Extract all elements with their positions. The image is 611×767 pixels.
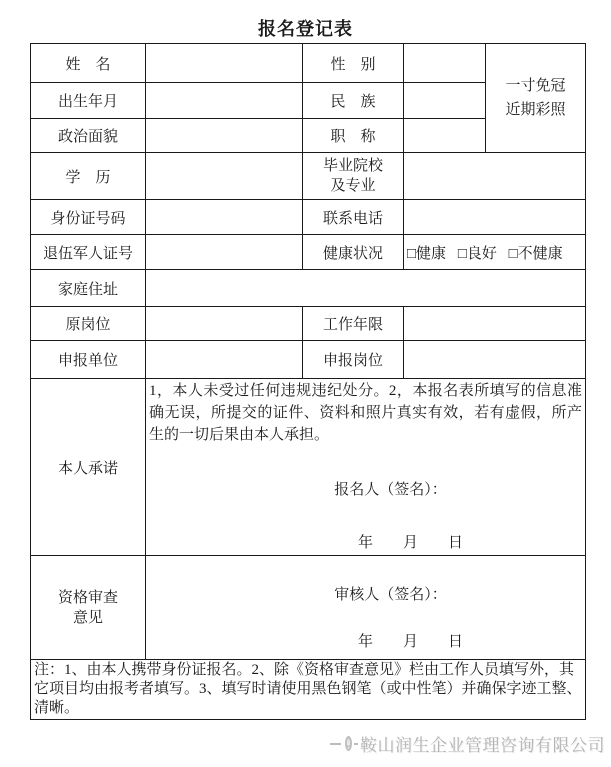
prof-title-input-cell[interactable]	[404, 119, 486, 153]
veteran-id-input-cell[interactable]	[146, 235, 303, 270]
company-logo-icon	[345, 736, 352, 751]
school-input-cell[interactable]	[404, 153, 586, 200]
table-row: 原岗位 工作年限	[31, 307, 586, 341]
field-label-prev-post: 原岗位	[31, 307, 146, 341]
gender-input-cell[interactable]	[404, 44, 486, 83]
applicant-signature-label: 报名人（签名）：	[149, 478, 582, 499]
table-row: 学 历 毕业院校 及专业	[31, 153, 586, 200]
company-watermark: 鞍山润生企业管理咨询有限公司	[330, 731, 605, 756]
field-label-gender: 性 别	[303, 44, 404, 83]
field-label-health: 健康状况	[303, 235, 404, 270]
health-option-good-checkbox[interactable]: □良好	[458, 246, 497, 262]
address-input-cell[interactable]	[146, 270, 586, 307]
name-input-cell[interactable]	[146, 44, 303, 83]
photo-placeholder: 一寸免冠 近期彩照	[486, 44, 586, 153]
commitment-cell: 1，本人未受过任何违规违纪处分。2，本报名表所填写的信息准确无误，所提交的证件、…	[146, 379, 586, 556]
registration-table: 姓 名 性 别 一寸免冠 近期彩照 出生年月 民 族 政治面貌 职 称 学 历 …	[30, 43, 586, 720]
ethnic-input-cell[interactable]	[404, 83, 486, 119]
field-label-review: 资格审查 意见	[31, 556, 146, 660]
table-row: 姓 名 性 别 一寸免冠 近期彩照	[31, 44, 586, 83]
health-option-unhealthy-checkbox[interactable]: □不健康	[509, 246, 563, 262]
field-label-prof-title: 职 称	[303, 119, 404, 153]
table-row: 家庭住址	[31, 270, 586, 307]
table-row: 本人承诺 1，本人未受过任何违规违纪处分。2，本报名表所填写的信息准确无误，所提…	[31, 379, 586, 556]
education-input-cell[interactable]	[146, 153, 303, 200]
field-label-political: 政治面貌	[31, 119, 146, 153]
field-label-veteran-id: 退伍军人证号	[31, 235, 146, 270]
field-label-apply-unit: 申报单位	[31, 341, 146, 379]
review-date-line: 年 月 日	[149, 630, 582, 651]
commitment-text: 1，本人未受过任何违规违纪处分。2，本报名表所填写的信息准确无误，所提交的证件、…	[149, 380, 582, 446]
field-label-address: 家庭住址	[31, 270, 146, 307]
review-cell: 审核人（签名）： 年 月 日	[146, 556, 586, 660]
field-label-commitment: 本人承诺	[31, 379, 146, 556]
field-label-name: 姓 名	[31, 44, 146, 83]
field-label-birth: 出生年月	[31, 83, 146, 119]
note-text: 注：1、由本人携带身份证报名。2、除《资格审查意见》栏由工作人员填写外，其它项目…	[31, 660, 586, 720]
phone-input-cell[interactable]	[404, 200, 586, 235]
table-row: 身份证号码 联系电话	[31, 200, 586, 235]
table-row: 申报单位 申报岗位	[31, 341, 586, 379]
field-label-school: 毕业院校 及专业	[303, 153, 404, 200]
apply-unit-input-cell[interactable]	[146, 341, 303, 379]
reviewer-signature-label: 审核人（签名）：	[149, 583, 582, 604]
field-label-id-number: 身份证号码	[31, 200, 146, 235]
field-label-phone: 联系电话	[303, 200, 404, 235]
field-label-work-years: 工作年限	[303, 307, 404, 341]
health-option-healthy-checkbox[interactable]: □健康	[407, 246, 446, 262]
apply-post-input-cell[interactable]	[404, 341, 586, 379]
birth-input-cell[interactable]	[146, 83, 303, 119]
field-label-apply-post: 申报岗位	[303, 341, 404, 379]
field-label-education: 学 历	[31, 153, 146, 200]
registration-form-page: 报名登记表 姓 名 性 别 一寸免冠 近期彩照 出生年月 民 族 政治面貌 职 …	[0, 0, 611, 767]
table-row: 注：1、由本人携带身份证报名。2、除《资格审查意见》栏由工作人员填写外，其它项目…	[31, 660, 586, 720]
id-number-input-cell[interactable]	[146, 200, 303, 235]
watermark-short-dash	[354, 743, 358, 745]
table-row: 资格审查 意见 审核人（签名）： 年 月 日	[31, 556, 586, 660]
watermark-dash-line	[330, 743, 341, 745]
table-row: 退伍军人证号 健康状况 □健康 □良好 □不健康	[31, 235, 586, 270]
company-name: 鞍山润生企业管理咨询有限公司	[360, 731, 605, 756]
work-years-input-cell[interactable]	[404, 307, 586, 341]
field-label-ethnic: 民 族	[303, 83, 404, 119]
page-title: 报名登记表	[0, 0, 611, 43]
political-input-cell[interactable]	[146, 119, 303, 153]
health-options-cell: □健康 □良好 □不健康	[404, 235, 586, 270]
prev-post-input-cell[interactable]	[146, 307, 303, 341]
commitment-date-line: 年 月 日	[149, 531, 582, 552]
